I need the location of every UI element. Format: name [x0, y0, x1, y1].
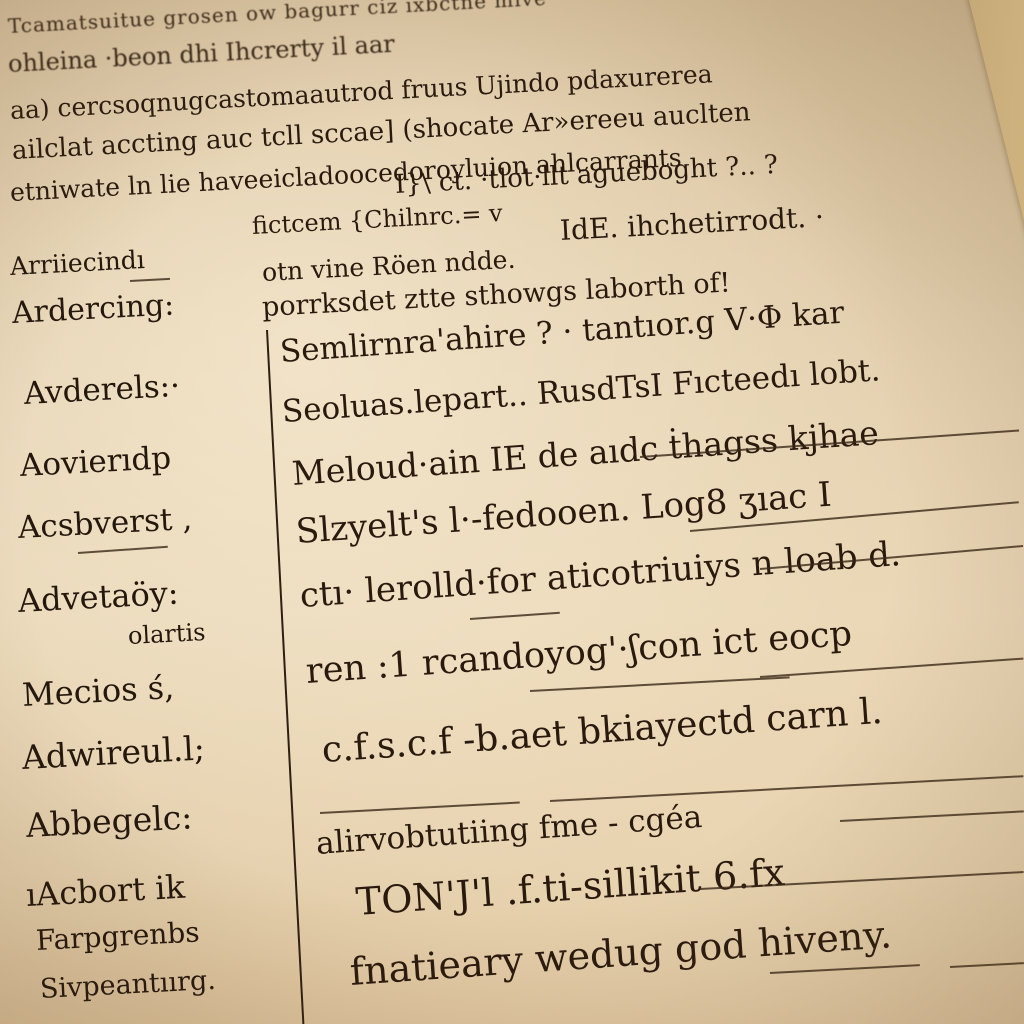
text-line: fictcem {Chilnrc.= v [251, 199, 503, 240]
left-label: ıAcbort ik [25, 868, 186, 914]
left-label: Adwireul.l; [21, 728, 206, 777]
left-label: Ardercing: [11, 288, 175, 331]
page-edge-curl [964, 0, 1024, 485]
underline-rule [760, 658, 1023, 678]
left-label: Mecios ś, [21, 668, 175, 714]
underline-rule [770, 964, 920, 974]
left-label: Sivpeantıırg. [39, 965, 216, 1005]
left-label: Acsbverst , [17, 501, 193, 546]
text-line: Tcamatsuitue grosen ow bagurr ciz ixbctn… [7, 0, 547, 38]
left-label: Arriiecindı [9, 245, 145, 281]
left-label: Farpgrenbs [35, 915, 200, 957]
left-label: Advetaöy: [17, 574, 179, 620]
column-divider-rule [266, 330, 305, 1024]
left-label: olartis [127, 618, 206, 650]
text-line: IdE. ihchetirrodt. · [559, 200, 825, 247]
left-label: Aovierıdp [19, 440, 172, 484]
left-label: Abbegelc: [25, 797, 193, 845]
underline-rule [130, 278, 170, 282]
underline-rule [320, 802, 520, 814]
underline-rule [78, 546, 168, 554]
underline-rule [550, 775, 1023, 802]
left-label: Avderels:· [23, 368, 181, 412]
underline-rule [530, 676, 790, 692]
parchment-page: Tcamatsuitue grosen ow bagurr ciz ixbctn… [0, 0, 1024, 1024]
underline-rule [470, 612, 560, 620]
text-line: ren :1 rcandoyog'·ʃcon ict eocp [305, 614, 854, 692]
underline-rule [950, 962, 1024, 968]
text-line: ohleina ·beon dhi Ihcrerty il aar [7, 30, 395, 78]
text-line: ctı· lerolld·for aticotriuiys n loab d. [299, 534, 902, 616]
text-line: fnatieary wedug god hiveny. [348, 912, 893, 994]
text-line: c.f.s.c.f -b.aet bkiayectd carn l. [321, 691, 884, 771]
underline-rule [840, 810, 1024, 822]
